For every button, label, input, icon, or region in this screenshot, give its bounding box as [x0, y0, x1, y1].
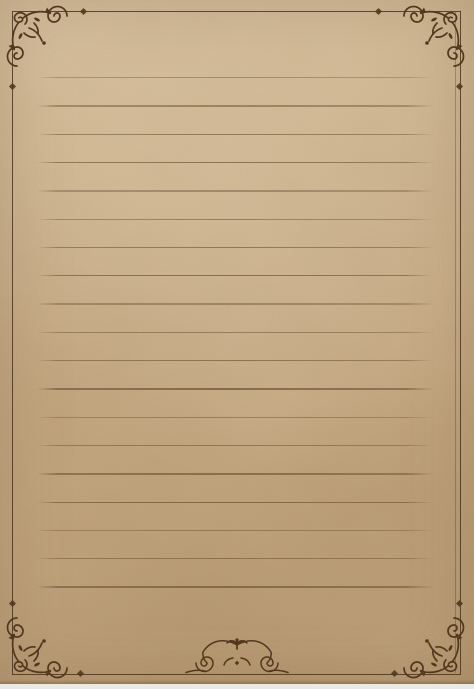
corner-scrollwork-flourish-icon-top-left [1, 0, 89, 88]
rule-line [37, 530, 434, 531]
kraft-paper-sheet [0, 0, 474, 689]
rule-line [37, 247, 434, 248]
corner-scrollwork-flourish-icon-bottom-left [1, 596, 89, 684]
border-double-line-ghost [455, 11, 456, 673]
rule-line [37, 332, 434, 333]
rule-line [37, 388, 434, 389]
rule-line [37, 134, 434, 135]
rule-line [37, 473, 434, 474]
corner-scrollwork-flourish-icon-top-right [382, 0, 470, 88]
rule-line [37, 190, 434, 191]
bottom-center-scroll-crown-icon [183, 636, 291, 675]
decorative-border-frame [12, 11, 461, 675]
rule-line [37, 502, 434, 503]
rule-line [37, 417, 434, 418]
photo-bottom-edge-strip [0, 684, 474, 689]
rule-line [37, 303, 434, 304]
rule-line [37, 586, 434, 587]
rule-line [37, 105, 434, 106]
rule-line [37, 219, 434, 220]
